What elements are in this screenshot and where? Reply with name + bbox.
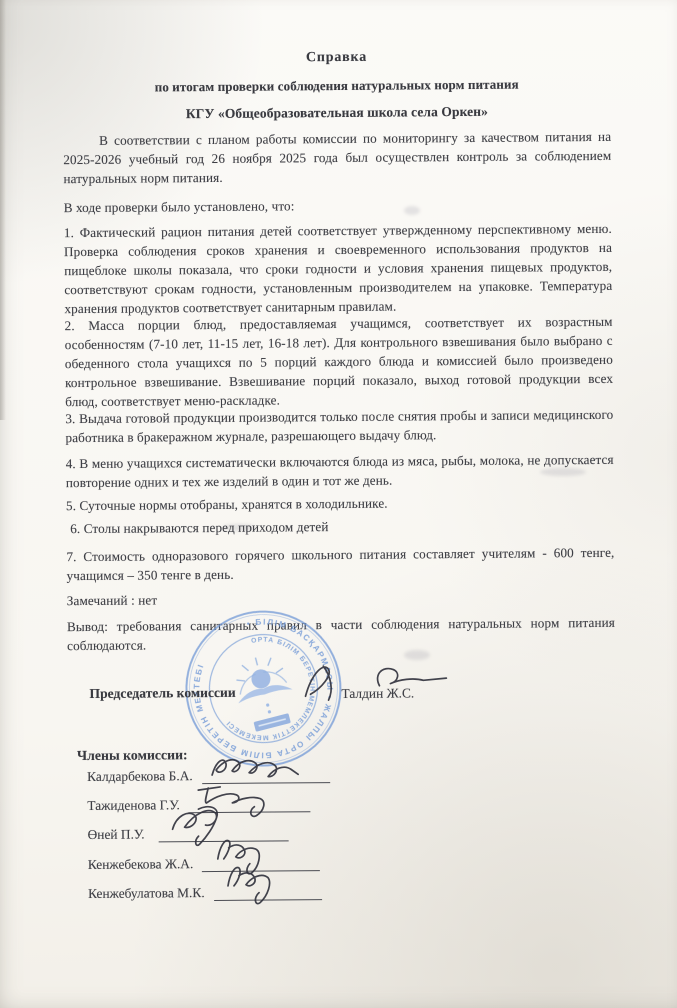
finding-item-1: 1. Фактический рацион питания детей соот… — [64, 219, 613, 318]
remarks-line: Замечаний : нет — [67, 587, 615, 610]
signature-line — [214, 883, 322, 901]
doc-title: Справка — [62, 46, 610, 69]
scanned-document-page: Справка по итогам проверки соблюдения на… — [0, 0, 677, 1008]
conclusion-paragraph: Вывод: требования санитарных правил в ча… — [67, 613, 615, 655]
member-signature — [219, 861, 307, 910]
member-name: Кенжебулатова М.К. — [88, 885, 205, 902]
member-name: Калдарбекова Б.А. — [87, 768, 193, 785]
member-name: Өней П.У. — [88, 827, 145, 843]
finding-item-7: 7. Стоимость одноразового горячего школь… — [66, 543, 614, 585]
doc-subtitle: по итогам проверки соблюдения натуральны… — [63, 74, 611, 97]
chairman-label: Председатель комиссии — [89, 685, 235, 702]
chairman-name: Талдин Ж.С. — [341, 685, 414, 702]
finding-item-6: 6. Столы накрываются перед приходом дете… — [70, 515, 618, 538]
member-row: Кенжебулатова М.К. — [88, 880, 322, 902]
member-name: Кенжебекова Ж.А. — [88, 856, 194, 873]
finding-item-2: 2. Масса порции блюд, предоставляемая уч… — [65, 312, 614, 411]
document-sheet: Справка по итогам проверки соблюдения на… — [0, 0, 677, 1008]
finding-item-5: 5. Суточные нормы отобраны, хранятся в х… — [66, 492, 614, 515]
intro-paragraph: В соответствии с планом работы комиссии … — [63, 127, 611, 188]
findings-lead: В ходе проверки было установлено, что: — [64, 194, 612, 217]
finding-item-3: 3. Выдача готовой продукции производится… — [65, 405, 613, 447]
finding-item-4: 4. В меню учащихся систематически включа… — [66, 450, 614, 492]
members-label: Члены комиссии: — [77, 747, 188, 764]
organization-name: КГУ «Общеобразовательная школа села Орке… — [63, 101, 611, 124]
